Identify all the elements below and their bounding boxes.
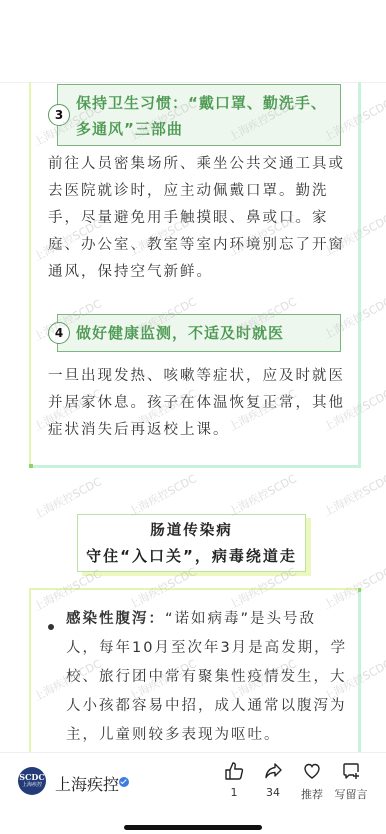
watermark: 上海疾控SCDC <box>126 470 200 519</box>
paragraph-line: 感染性腹泻：“诺如病毒”是头号敌 <box>66 605 356 634</box>
number-badge-4: 4 <box>48 322 70 344</box>
bullet-bold-label: 感染性腹泻： <box>66 611 165 627</box>
section-4-paragraph: 一旦出现发热、咳嗽等症状，应及时就医 并居家休息。孩子在体温恢复正常，其他 症状… <box>48 363 348 444</box>
home-indicator[interactable] <box>124 825 262 830</box>
section-3-heading-line1: 保持卫生习惯：“戴口罩、勤洗手、 <box>76 90 334 116</box>
recommend-button[interactable]: 推荐 <box>292 761 332 802</box>
avatar-subtext: 上海疾控 <box>18 782 46 789</box>
share-icon <box>263 761 283 781</box>
paragraph-text: “诺如病毒”是头号敌 <box>165 611 316 627</box>
paragraph-line: 主，儿童则较多表现为呕吐。 <box>66 721 356 750</box>
article-footer-bar: SCDC 上海疾控 上海疾控 1 34 推荐 写留言 <box>0 752 386 834</box>
title-line2: 守住“入口关”，病毒绕道走 <box>78 545 305 567</box>
article-content[interactable]: 保持卫生习惯：“戴口罩、勤洗手、 多通风”三部曲 3 前往人员密集场所、乘坐公共… <box>0 82 386 752</box>
intestinal-section-title: 肠道传染病 守住“入口关”，病毒绕道走 <box>77 514 306 572</box>
paragraph-line: 前往人员密集场所、乘坐公共交通工具或 <box>48 151 348 178</box>
avatar-text: SCDC <box>18 767 46 782</box>
top-blank-area <box>0 0 386 83</box>
watermark: 上海疾控SCDC <box>321 470 386 519</box>
paragraph-line: 庭、办公室、教室等室内环境别忘了开窗 <box>48 232 348 259</box>
paragraph-line: 手，尽量避免用手触摸眼、鼻或口。家 <box>48 205 348 232</box>
like-button[interactable]: 1 <box>214 761 254 799</box>
account-name[interactable]: 上海疾控 <box>55 772 119 795</box>
paragraph-line: 通风，保持空气新鲜。 <box>48 259 348 286</box>
number-badge-3: 3 <box>48 104 70 126</box>
share-count: 34 <box>253 786 293 799</box>
watermark: 上海疾控SCDC <box>226 470 300 519</box>
comment-button[interactable]: 写留言 <box>331 761 371 802</box>
panel-corner-accent <box>29 464 33 468</box>
comment-icon <box>341 761 361 781</box>
verified-badge-icon <box>119 777 129 787</box>
recommend-label: 推荐 <box>292 786 332 802</box>
intestinal-panel: 感染性腹泻：“诺如病毒”是头号敌 人，每年10月至次年3月是高发期，学 校、旅行… <box>29 588 361 752</box>
respiratory-panel: 保持卫生习惯：“戴口罩、勤洗手、 多通风”三部曲 3 前往人员密集场所、乘坐公共… <box>29 82 361 468</box>
section-3-heading: 保持卫生习惯：“戴口罩、勤洗手、 多通风”三部曲 <box>57 84 341 146</box>
comment-label: 写留言 <box>331 786 371 802</box>
like-count: 1 <box>214 786 254 799</box>
paragraph-line: 一旦出现发热、咳嗽等症状，应及时就医 <box>48 363 348 390</box>
bullet-dot-icon <box>48 624 54 630</box>
share-button[interactable]: 34 <box>253 761 293 799</box>
account-avatar[interactable]: SCDC 上海疾控 <box>18 767 46 795</box>
thumbs-up-icon <box>224 761 244 781</box>
paragraph-line: 去医院就诊时，应主动佩戴口罩。勤洗 <box>48 178 348 205</box>
panel-corner-accent <box>358 588 361 592</box>
section-4-heading-text: 做好健康监测，不适及时就医 <box>76 320 334 346</box>
paragraph-line: 人小孩都容易中招，成人通常以腹泻为 <box>66 692 356 721</box>
section-4-heading: 做好健康监测，不适及时就医 <box>57 314 341 352</box>
bullet-paragraph: 感染性腹泻：“诺如病毒”是头号敌 人，每年10月至次年3月是高发期，学 校、旅行… <box>66 605 356 750</box>
section-3-heading-line2: 多通风”三部曲 <box>76 116 334 142</box>
paragraph-line: 人，每年10月至次年3月是高发期，学 <box>66 634 356 663</box>
paragraph-line: 症状消失后再返校上课。 <box>48 417 348 444</box>
paragraph-line: 校、旅行团中常有聚集性疫情发生，大 <box>66 663 356 692</box>
heart-icon <box>302 761 322 781</box>
paragraph-line: 并居家休息。孩子在体温恢复正常，其他 <box>48 390 348 417</box>
title-line1: 肠道传染病 <box>78 521 305 541</box>
section-3-paragraph: 前往人员密集场所、乘坐公共交通工具或 去医院就诊时，应主动佩戴口罩。勤洗 手，尽… <box>48 151 348 286</box>
